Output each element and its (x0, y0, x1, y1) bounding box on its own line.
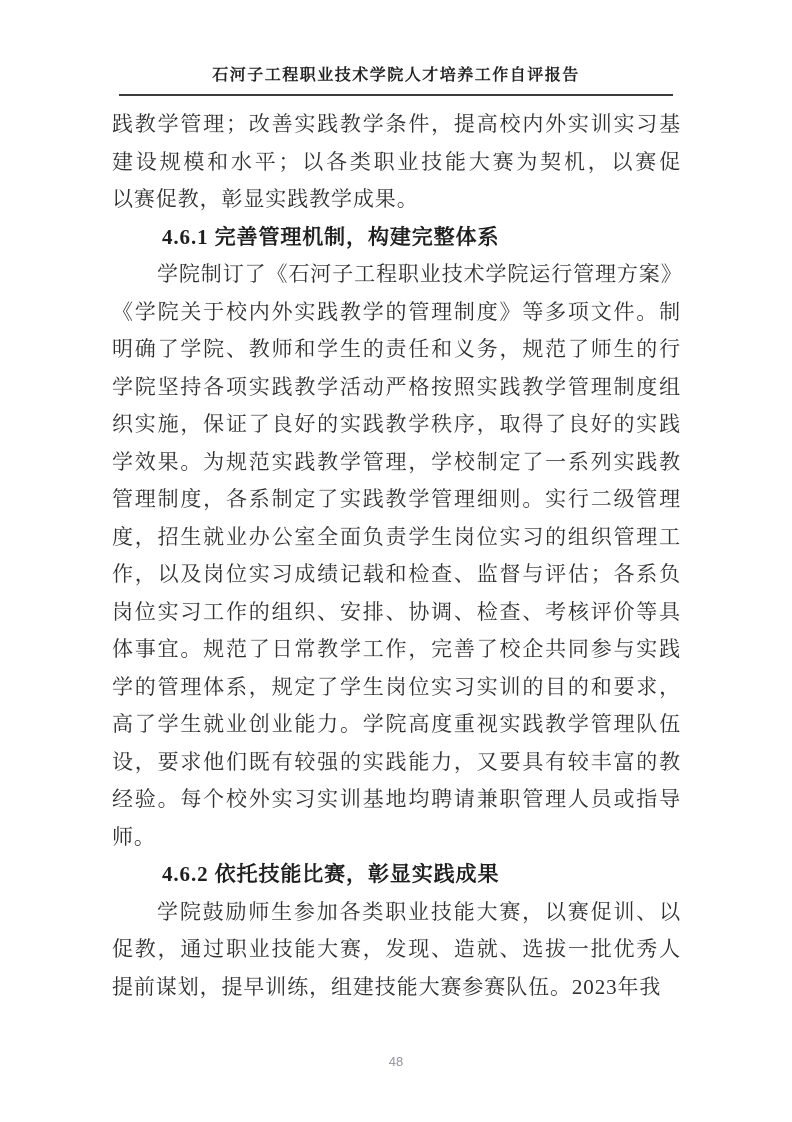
header-divider (119, 94, 673, 96)
body-text-line: 提前谋划，提早训练，组建技能大赛参赛队伍。2023年我院 (112, 969, 681, 1007)
document-header-title: 石河子工程职业技术学院人才培养工作自评报告 (0, 62, 792, 85)
body-text-line: 明确了学院、教师和学生的责任和义务，规范了师生的行为， (112, 331, 681, 369)
body-text-line: 经验。每个校外实习实训基地均聘请兼职管理人员或指导教 (112, 781, 681, 819)
body-text-line: 以赛促教，彰显实践教学成果。 (112, 181, 681, 219)
body-text-line: 《学院关于校内外实践教学的管理制度》等多项文件。制度 (112, 294, 681, 332)
body-text-line: 学院鼓励师生参加各类职业技能大赛，以赛促训、以赛 (112, 894, 681, 932)
document-page: 石河子工程职业技术学院人才培养工作自评报告 践教学管理；改善实践教学条件，提高校… (0, 0, 792, 1122)
section-heading-462: 4.6.2 依托技能比赛，彰显实践成果 (112, 856, 681, 894)
body-text-line: 管理制度，各系制定了实践教学管理细则。实行二级管理制 (112, 481, 681, 519)
document-body: 践教学管理；改善实践教学条件，提高校内外实训实习基地 建设规模和水平；以各类职业… (112, 106, 681, 1006)
body-text-line: 体事宜。规范了日常教学工作，完善了校企共同参与实践教 (112, 631, 681, 669)
body-text-line: 高了学生就业创业能力。学院高度重视实践教学管理队伍建 (112, 706, 681, 744)
body-text-line: 作，以及岗位实习成绩记载和检查、监督与评估；各系负责 (112, 556, 681, 594)
body-text-line: 学效果。为规范实践教学管理，学校制定了一系列实践教学 (112, 444, 681, 482)
body-text-line: 践教学管理；改善实践教学条件，提高校内外实训实习基地 (112, 106, 681, 144)
body-text-line: 学院制订了《石河子工程职业技术学院运行管理方案》 (112, 256, 681, 294)
body-text-line: 师。 (112, 819, 681, 857)
body-text-line: 学院坚持各项实践教学活动严格按照实践教学管理制度组 (112, 369, 681, 407)
body-text-line: 学的管理体系，规定了学生岗位实习实训的目的和要求，提 (112, 669, 681, 707)
body-text-line: 促教，通过职业技能大赛，发现、造就、选拔一批优秀人才。 (112, 931, 681, 969)
body-text-line: 织实施，保证了良好的实践教学秩序，取得了良好的实践教 (112, 406, 681, 444)
body-text-line: 岗位实习工作的组织、安排、协调、检查、考核评价等具 (112, 594, 681, 632)
body-text-line: 设，要求他们既有较强的实践能力，又要具有较丰富的教学 (112, 744, 681, 782)
page-number: 48 (0, 1054, 792, 1069)
body-text-line: 度，招生就业办公室全面负责学生岗位实习的组织管理工 (112, 519, 681, 557)
body-text-line: 建设规模和水平；以各类职业技能大赛为契机，以赛促训、 (112, 144, 681, 182)
section-heading-461: 4.6.1 完善管理机制，构建完整体系 (112, 219, 681, 257)
